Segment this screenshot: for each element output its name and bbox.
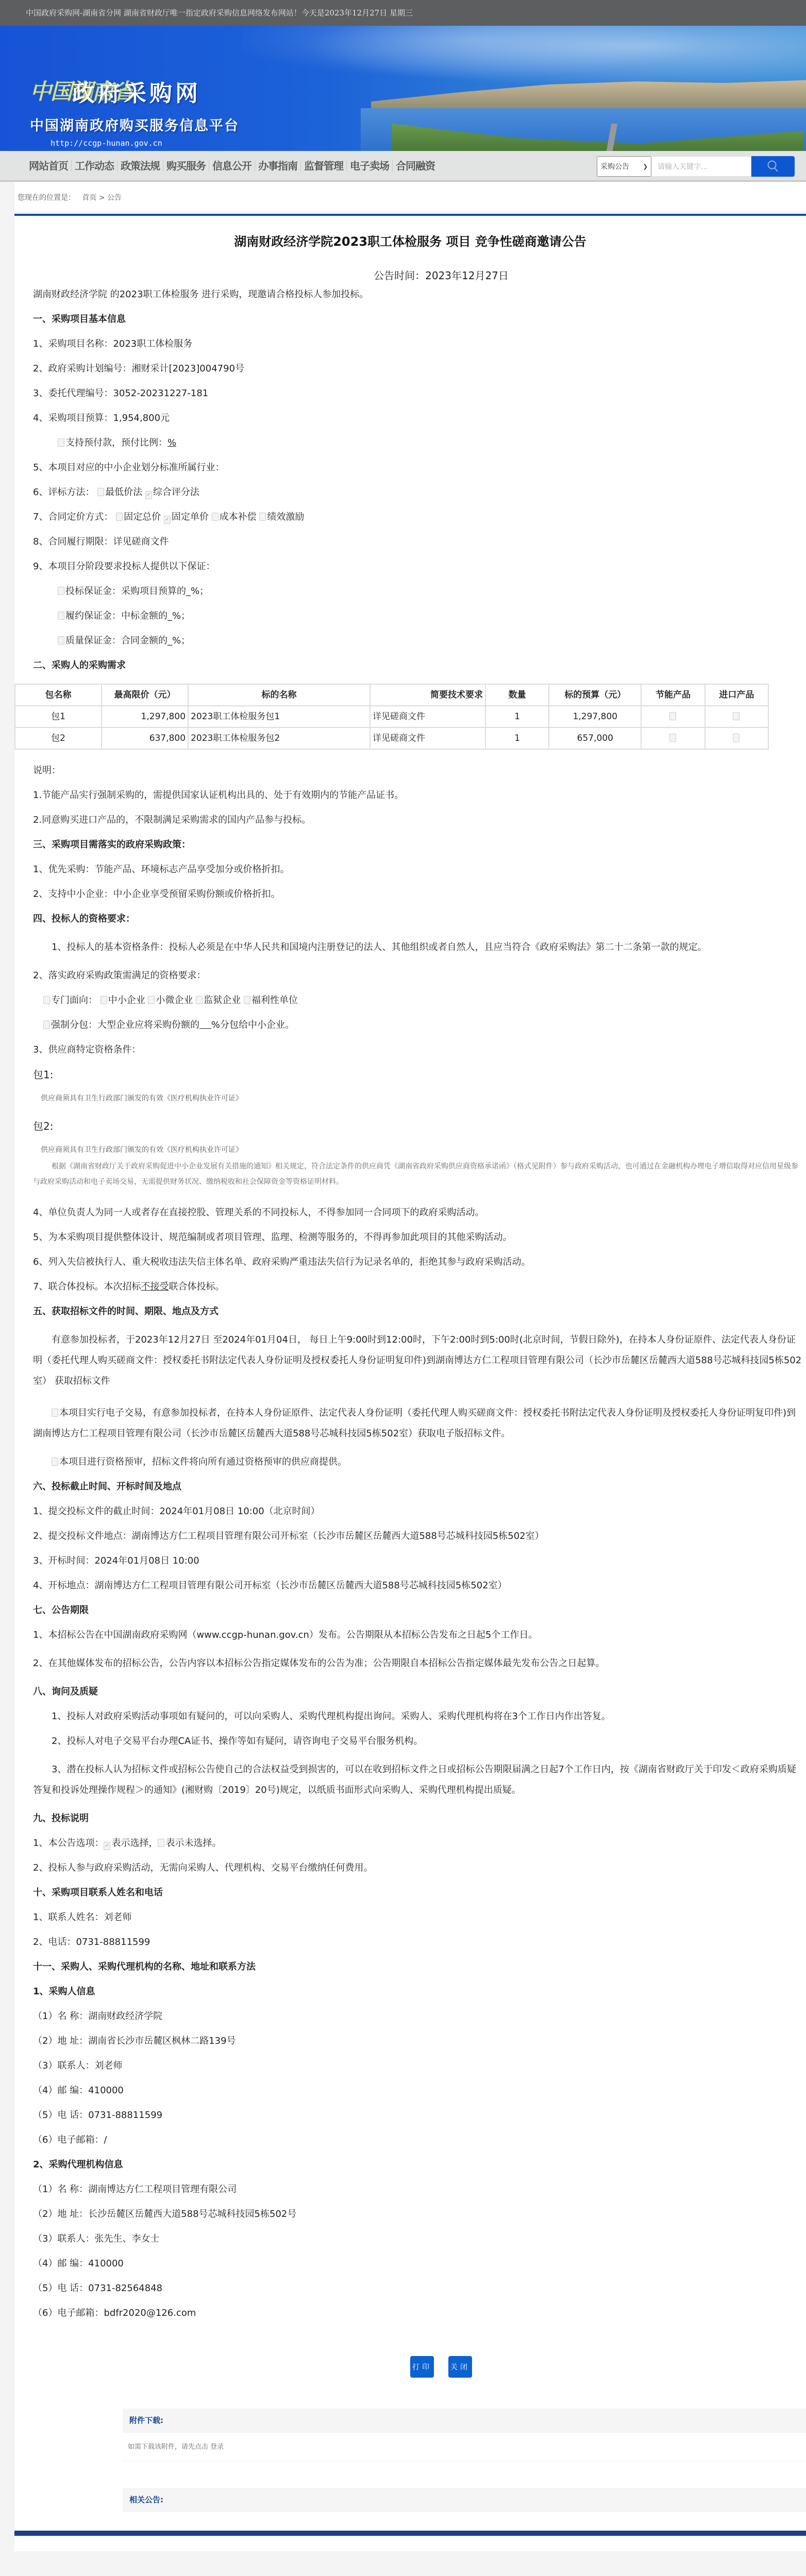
inquiry-item: 3、潜在投标人认为招标文件或招标公告使自己的合法权益受到损害的，可以在收到招标文… (14, 1759, 802, 1801)
search-input[interactable]: 请输入关键字... (651, 156, 751, 177)
qualification-item: 5、为本采购项目提供整体设计、规范编制或者项目管理、监理、检测等服务的，不得再参… (33, 1231, 802, 1244)
checkbox-imported[interactable] (733, 712, 740, 720)
search-button[interactable] (751, 156, 795, 177)
checkbox-lowest-price[interactable] (97, 488, 104, 496)
mandatory-subcontract: 强制分包：大型企业应将采购份额的 %分包给中小企业。 (33, 1019, 802, 1032)
nav-item-contract-finance[interactable]: 合同融资 (393, 160, 438, 172)
section-heading: 一、采购项目基本信息 (33, 313, 802, 326)
qualification-item: 6、列入失信被执行人、重大税收违法失信主体名单、政府采购严重违法失信行为记录名单… (33, 1256, 802, 1269)
deadline-item: 3、开标时间：2024年01月08日 10:00 (33, 1554, 802, 1568)
guarantee-performance: 履约保证金：中标金额的_%； (33, 609, 802, 623)
qualification-item: 1、投标人的基本资格条件：投标人必须是在中华人民共和国境内注册登记的法人、其他组… (14, 937, 802, 958)
info-item: 9、本项目分阶段要求投标人提供以下保证： (33, 560, 802, 573)
breadcrumb: 您现在的位置是： 首页 > 公告 (14, 182, 806, 214)
checkbox-imported[interactable] (733, 734, 740, 742)
note-item: 1.节能产品实行强制采购的，需提供国家认证机构出具的、处于有效期内的节能产品证书… (33, 789, 802, 802)
checkbox-prepay[interactable] (58, 438, 64, 447)
checkbox-fixed-total[interactable] (116, 513, 123, 521)
action-buttons: 打印 关闭 (76, 2356, 806, 2378)
eval-method-row: 6、评标方法： 最低价法 ✓综合评分法 (33, 486, 802, 499)
chevron-down-icon: ❯ (643, 163, 648, 170)
article-container: 湖南财政经济学院2023职工体检服务 项目 竞争性磋商邀请公告 公告时间：202… (14, 214, 806, 2551)
page-title: 湖南财政经济学院2023职工体检服务 项目 竞争性磋商邀请公告 (14, 216, 806, 263)
tender-doc-info: 有意参加投标者，于2023年12月27日 至2024年01月04日， 每日上午9… (14, 1330, 802, 1392)
breadcrumb-home[interactable]: 首页 (82, 194, 96, 202)
attachments-heading: 附件下载: (123, 2409, 806, 2433)
intro: 湖南财政经济学院 的2023职工体检服务 进行采购，现邀请合格投标人参加投标。 (33, 288, 802, 301)
table-row: 包2 637,800 2023职工体检服务包2 详见磋商文件 1 657,000 (15, 727, 768, 749)
package-requirement: 供应商须具有卫生行政部门颁发的有效《医疗机构执业许可证》 (33, 1144, 802, 1156)
qualification-item: 3、供应商特定资格条件： (33, 1043, 802, 1057)
buyer-info-item: （5）电 话：0731-88811599 (33, 2109, 802, 2122)
inquiry-item: 1、投标人对政府采购活动事项如有疑问的，可以向采购人、采购代理机构提出询问。采购… (33, 1710, 802, 1723)
section-heading: 十、采购项目联系人姓名和电话 (33, 1886, 802, 1900)
nav-item-work-news[interactable]: 工作动态 (72, 160, 117, 172)
deadline-item: 2、提交投标文件地点：湖南博达方仁工程项目管理有限公司开标室（长沙市岳麓区岳麓西… (33, 1530, 802, 1543)
consortium-item: 7、联合体投标。本次招标不接受联合体投标。 (33, 1280, 802, 1294)
breadcrumb-separator: > (99, 194, 105, 202)
breadcrumb-label: 您现在的位置是： (18, 194, 75, 202)
checkbox-performance-guarantee[interactable] (58, 612, 64, 620)
subsection-heading: 1、采购人信息 (33, 1985, 802, 1998)
nav-item-guide[interactable]: 办事指南 (255, 160, 301, 172)
notice-period-item: 2、在其他媒体发布的招标公告，公告内容以本招标公告指定媒体发布的公告为准；公告期… (14, 1653, 802, 1674)
guarantee-quality: 质量保证金：合同金额的_%； (33, 634, 802, 648)
checkbox-comprehensive-score[interactable]: ✓ (145, 491, 152, 499)
table-header-row: 包名称 最高限价（元） 标的名称 简要技术要求 数量 标的预算（元） 节能产品 … (15, 684, 768, 706)
agency-info-item: （1）名 称：湖南博达方仁工程项目管理有限公司 (33, 2183, 802, 2196)
checkbox-prison[interactable] (196, 996, 203, 1004)
nav-item-supervision[interactable]: 监督管理 (301, 160, 347, 172)
table-row: 包1 1,297,800 2023职工体检服务包1 详见磋商文件 1 1,297… (15, 706, 768, 727)
guarantee-bid: 投标保证金：采购项目预算的_%； (33, 585, 802, 598)
info-item: 8、合同履行期限：详见磋商文件 (33, 535, 802, 549)
bid-note-item: 2、投标人参与政府采购活动，无需向采购人、代理机构、交易平台缴纳任何费用。 (33, 1861, 802, 1875)
prepay-option: 支持预付款，预付比例：% (33, 436, 802, 450)
buyer-info-item: （4）邮 编：410000 (33, 2084, 802, 2097)
agency-info-item: （3）联系人：张先生、李女士 (33, 2232, 802, 2246)
related-panel: 相关公告: (123, 2488, 369, 2512)
buyer-info-item: （6）电子邮箱：/ (33, 2133, 802, 2147)
section-heading: 二、采购人的采购需求 (33, 659, 802, 672)
section-heading: 九、投标说明 (33, 1812, 802, 1825)
nav-item-info-disclosure[interactable]: 信息公开 (209, 160, 255, 172)
policy-item: 2、支持中小企业：中小企业享受预留采购份额或价格折扣。 (33, 888, 802, 901)
checkbox-cost-reimburse[interactable] (212, 513, 219, 521)
info-item: 5、本项目对应的中小企业划分标准所属行业： (33, 461, 802, 474)
print-button[interactable]: 打印 (410, 2356, 434, 2378)
package-label: 包1: (33, 1068, 802, 1081)
contact-item: 1、联系人姓名：刘老师 (33, 1911, 802, 1924)
site-url: http://ccgp-hunan.gov.cn (51, 139, 162, 148)
section-heading: 十一、采购人、采购代理机构的名称、地址和联系方法 (33, 1960, 802, 1974)
site-banner: 中国湖南省 政府采购网 中国湖南政府购买服务信息平台 http://ccgp-h… (0, 26, 806, 151)
attachments-login-note[interactable]: 如需下载该附件，请先点击 登录 (123, 2433, 806, 2461)
info-item: 3、委托代理编号：3052-20231227-181 (33, 387, 802, 400)
section-heading: 七、公告期限 (33, 1604, 802, 1617)
agency-info-item: （2）地 址：长沙岳麓区岳麓西大道588号芯城科技园5栋502号 (33, 2208, 802, 2221)
agency-info-item: （4）邮 编：410000 (33, 2257, 802, 2270)
deadline-item: 4、开标地点：湖南博达方仁工程项目管理有限公司开标室（长沙市岳麓区岳麓西大道58… (33, 1579, 802, 1592)
contact-item: 2、电话：0731-88811599 (33, 1936, 802, 1949)
section-heading: 五、获取招标文件的时间、期限、地点及方式 (33, 1305, 802, 1318)
targeted-enterprises: 专门面向： 中小企业 小微企业 监狱企业 福利性单位 (33, 994, 802, 1007)
nav-item-home[interactable]: 网站首页 (26, 160, 72, 172)
qualification-item: 2、落实政府采购政策需满足的资格要求： (33, 969, 802, 982)
attachments-panel: 附件下载: 如需下载该附件，请先点击 登录 (123, 2409, 369, 2461)
buyer-info-item: （2）地 址：湖南省长沙市岳麓区枫林二路139号 (33, 2035, 802, 2048)
article-body: 湖南财政经济学院 的2023职工体检服务 进行采购，现邀请合格投标人参加投标。 … (14, 288, 806, 2320)
nav-item-e-mall[interactable]: 电子卖场 (347, 160, 393, 172)
info-item: 2、政府采购计划编号：湘财采计[2023]004790号 (33, 362, 802, 376)
qualification-item: 4、单位负责人为同一人或者存在直接控股、管理关系的不同投标人，不得参加同一合同项… (33, 1206, 802, 1219)
footer-bar (14, 2531, 806, 2536)
notice-period-item: 1、本招标公告在中国湖南政府采购网（www.ccgp-hunan.gov.cn）… (33, 1629, 802, 1642)
checkbox-checked-sample: ✓ (104, 1842, 110, 1850)
checkbox-sme[interactable] (100, 996, 107, 1004)
deadline-item: 1、提交投标文件的截止时间：2024年01月08日 10:00（北京时间） (33, 1505, 802, 1518)
checkbox-micro[interactable] (148, 996, 155, 1004)
nav-item-policies[interactable]: 政策法规 (117, 160, 163, 172)
site-subtitle: 中国湖南政府购买服务信息平台 (30, 114, 239, 134)
search-category-select[interactable]: 采购公告❯ (597, 156, 651, 177)
checkbox-performance-incentive[interactable] (259, 513, 266, 521)
electronic-trade-info: 本项目实行电子交易，有意参加投标者，在持本人身份证原件、法定代表人身份证明（委托… (14, 1403, 802, 1444)
options-legend: 1、本公告选项：✓表示选择，表示未选择。 (33, 1837, 802, 1850)
package-label: 包2: (33, 1120, 802, 1133)
search-icon (767, 160, 779, 173)
agency-info-item: （5）电 话：0731-82564848 (33, 2282, 802, 2295)
checkbox-energy-saving[interactable] (669, 712, 676, 720)
checkbox-welfare[interactable] (244, 996, 250, 1004)
section-heading: 三、采购项目需落实的政府采购政策： (33, 838, 802, 852)
pricing-method-row: 7、合同定价方式： 固定总价 ✓固定单价 成本补偿 绩效激励 (33, 511, 802, 524)
section-heading: 八、询问及质疑 (33, 1685, 802, 1699)
site-title: 政府采购网 (72, 75, 201, 108)
checkbox-quality-guarantee[interactable] (58, 636, 64, 645)
requirements-table: 包名称 最高限价（元） 标的名称 简要技术要求 数量 标的预算（元） 节能产品 … (14, 684, 769, 750)
breadcrumb-current[interactable]: 公告 (107, 194, 122, 202)
nav-item-purchase-services[interactable]: 购买服务 (163, 160, 209, 172)
top-announcement-bar: 中国政府采购网-湖南省分网 湖南省财政厅唯一指定政府采购信息网络发布网站！今天是… (0, 0, 806, 26)
section-heading: 六、投标截止时间、开标时间及地点 (33, 1480, 802, 1494)
agency-info-item: （6）电子邮箱：bdfr2020@126.com (33, 2307, 802, 2320)
info-item: 1、采购项目名称：2023职工体检服务 (33, 337, 802, 351)
credit-note: 根据《湖南省财政厅关于政府采购促进中小企业发展有关措施的通知》相关规定，符合法定… (14, 1159, 802, 1190)
search-bar: 采购公告❯ 请输入关键字... (597, 156, 795, 177)
related-heading: 相关公告: (123, 2488, 806, 2512)
checkbox-energy-saving[interactable] (669, 734, 676, 742)
prequalification-info: 本项目进行资格预审，招标文件将向所有通过资格预审的供应商提供。 (14, 1455, 802, 1469)
checkbox-prequalification[interactable] (52, 1458, 58, 1466)
top-announcement-text: 中国政府采购网-湖南省分网 湖南省财政厅唯一指定政府采购信息网络发布网站！今天是… (26, 8, 413, 18)
info-item: 4、采购项目预算：1,954,800元 (33, 412, 802, 425)
subsection-heading: 2、采购代理机构信息 (33, 2158, 802, 2172)
main-nav: 网站首页 工作动态 政策法规 购买服务 信息公开 办事指南 监督管理 电子卖场 … (0, 151, 806, 182)
checkbox-bid-guarantee[interactable] (58, 587, 64, 595)
inquiry-item: 2、投标人对电子交易平台办理CA证书、操作等如有疑问，请咨询电子交易平台服务机构… (33, 1735, 802, 1748)
policy-item: 1、优先采购：节能产品、环境标志产品享受加分或价格折扣。 (33, 863, 802, 876)
package-requirement: 供应商须具有卫生行政部门颁发的有效《医疗机构执业许可证》 (33, 1093, 802, 1104)
close-button[interactable]: 关闭 (448, 2356, 472, 2378)
checkbox-fixed-unit[interactable]: ✓ (164, 516, 171, 524)
checkbox-unchecked-sample (158, 1839, 164, 1847)
note-item: 2.同意购买进口产品的，不限制满足采购需求的国内产品参与投标。 (33, 814, 802, 827)
checkbox-subcontract[interactable] (43, 1021, 50, 1029)
publish-date: 公告时间：2023年12月27日 (76, 263, 806, 288)
buyer-info-item: （3）联系人：刘老师 (33, 2059, 802, 2073)
buyer-info-item: （1）名 称：湖南财政经济学院 (33, 2010, 802, 2023)
checkbox-targeted[interactable] (43, 996, 50, 1004)
checkbox-electronic-trade[interactable] (52, 1409, 58, 1417)
note-label: 说明： (33, 764, 802, 777)
section-heading: 四、投标人的资格要求： (33, 912, 802, 926)
